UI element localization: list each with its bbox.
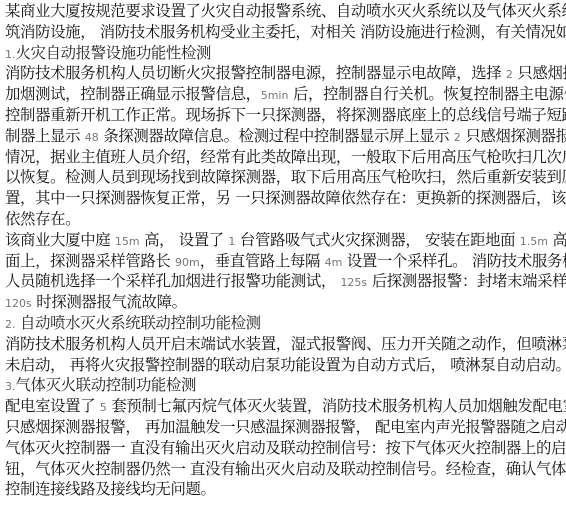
number-value: 15m: [115, 235, 140, 248]
text: 套预制七氟丙烷气体灭火装置，消防技术服务机构人员加烟触发配电室内一: [107, 397, 566, 415]
section-number: 3.: [5, 380, 16, 393]
text: 台管路吸气式火灾探测器， 安装在距地面: [235, 231, 519, 249]
text: 控制器重新开机工作正常。现场拆下一只探测器，将探测器底座上的总线信号端子短路，控: [5, 106, 566, 124]
number-value: 48: [85, 131, 99, 144]
text: 该商业大厦中庭: [5, 231, 115, 249]
paragraph-line: 消防技术服务机构人员开启末端试水装置，湿式报警阀、压力开关随之动作，但喷淋泵一 …: [5, 334, 566, 355]
paragraph-line: 以恢复。检测人员到现场找到故障探测器，取下后用高压气枪吹扫，然后重新安装到原来位: [5, 167, 566, 188]
text: 只感烟探测器报警， 再加温触发一只感温探测器报警， 配电室内声光报警器随之启动，…: [5, 418, 566, 436]
paragraph-line: 筑消防设施， 消防技术服务机构受业主委托，对相关 消防设施进行检测，有关情况如下…: [5, 22, 566, 43]
text: 未启动， 再将火灾报警控制器的联动启泵功能设置为自动方式后， 喷淋泵自动启动。: [5, 356, 566, 374]
text: 置，其中一只探测器恢复正常，另 一只探测器故障依然存在：更换新的探测器后，该故障: [5, 189, 566, 207]
document-body: 某商业大厦按规范要求设置了火灾自动报警系统、自动喷水灭火系统以及气体灭火系统等建…: [0, 0, 566, 500]
text: 筑消防设施， 消防技术服务机构受业主委托，对相关 消防设施进行检测，有关情况如下…: [5, 23, 566, 41]
number-value: 4m: [325, 256, 343, 269]
paragraph-line: 某商业大厦按规范要求设置了火灾自动报警系统、自动喷水灭火系统以及气体灭火系统等建: [5, 1, 566, 22]
paragraph-line: 配电室设置了 5 套预制七氟丙烷气体灭火装置，消防技术服务机构人员加烟触发配电室…: [5, 396, 566, 417]
paragraph-line: 制器上显示 48 条探测器故障信息。检测过程中控制器显示屏上显示 2 只感烟探测…: [5, 126, 566, 147]
text: 消防技术服务机构人员切断火灾报警控制器电源，控制器显示电故障，选择: [5, 64, 506, 82]
text: ，垂直管路上每隔: [200, 252, 325, 270]
paragraph-line: 人员随机选择一个采样孔加烟进行报警功能测试， 125s 后探测器报警：封堵末端采…: [5, 271, 566, 292]
section-title: 自动喷水灭火系统联动控制功能检测: [16, 314, 261, 332]
text: 人员随机选择一个采样孔加烟进行报警功能测试，: [5, 272, 340, 290]
section-title: 气体灭火联动控制功能检测: [16, 376, 197, 394]
number-value: 1.5m: [520, 235, 548, 248]
section-number: 2.: [5, 318, 16, 331]
text: 情况，据业主值班人员介绍，经常有此类故障出现，一般取下后用高压气枪吹扫几次后就可: [5, 148, 566, 166]
section-heading-2: 2. 自动喷水灭火系统联动控制功能检测: [5, 313, 566, 334]
number-value: 2: [454, 131, 461, 144]
number-value: 90m: [175, 256, 200, 269]
text: 高， 设置了: [140, 231, 229, 249]
paragraph-line: 未启动， 再将火灾报警控制器的联动启泵功能设置为自动方式后， 喷淋泵自动启动。: [5, 355, 566, 376]
section-heading-3: 3.气体灭火联动控制功能检测: [5, 375, 566, 396]
section-number: 1.: [5, 48, 16, 61]
section-heading-1: 1.火灾自动报警设施功能性检测: [5, 43, 566, 64]
text: 面上，探测器采样管路长: [5, 252, 175, 270]
text: 只感烟探测器报故障: [461, 127, 566, 145]
paragraph-line: 120s 时探测器报气流故障。: [5, 292, 566, 313]
paragraph-line: 控制连接线路及接线均无问题。: [5, 479, 566, 500]
text: 后探测器报警：封堵末端采样孔后，: [367, 272, 566, 290]
text: 钮，气体灭火控制器仍然一 直没有输出灭火启动及联动控制信号。经检查，确认气体灭火: [5, 460, 566, 478]
text: 只感烟探测器: [513, 64, 566, 82]
text: 制器上显示: [5, 127, 85, 145]
paragraph-line: 气体灭火控制器一 直没有输出灭火启动及联动控制信号：按下气体灭火控制器上的启动按: [5, 438, 566, 459]
paragraph-line: 情况，据业主值班人员介绍，经常有此类故障出现，一般取下后用高压气枪吹扫几次后就可: [5, 147, 566, 168]
text: 配电室设置了: [5, 397, 100, 415]
text: 加烟测试，控制器正确显示报警信息，: [5, 85, 261, 103]
number-value: 125s: [340, 276, 367, 289]
text: 后，控制器自行关机。恢复控制器主电源供电，: [288, 85, 566, 103]
text: 设置一个采样孔。 消防技术服务机构: [342, 252, 566, 270]
text: 条探测器故障信息。检测过程中控制器显示屏上显示: [99, 127, 454, 145]
paragraph-line: 消防技术服务机构人员切断火灾报警控制器电源，控制器显示电故障，选择 2 只感烟探…: [5, 63, 566, 84]
section-title: 火灾自动报警设施功能性检测: [16, 44, 212, 62]
text: 依然存在。: [5, 210, 80, 228]
paragraph-line: 控制器重新开机工作正常。现场拆下一只探测器，将探测器底座上的总线信号端子短路，控: [5, 105, 566, 126]
text: 消防技术服务机构人员开启末端试水装置，湿式报警阀、压力开关随之动作，但喷淋泵一 …: [5, 335, 566, 353]
paragraph-line: 只感烟探测器报警， 再加温触发一只感温探测器报警， 配电室内声光报警器随之启动，…: [5, 417, 566, 438]
number-value: 2: [506, 68, 513, 81]
text: 以恢复。检测人员到现场找到故障探测器，取下后用高压气枪吹扫，然后重新安装到原来位: [5, 168, 566, 186]
text: 高的墙: [548, 231, 566, 249]
paragraph-line: 依然存在。: [5, 209, 566, 230]
text: 时探测器报气流故障。: [32, 293, 187, 311]
paragraph-line: 钮，气体灭火控制器仍然一 直没有输出灭火启动及联动控制信号。经检查，确认气体灭火: [5, 459, 566, 480]
paragraph-line: 该商业大厦中庭 15m 高， 设置了 1 台管路吸气式火灾探测器， 安装在距地面…: [5, 230, 566, 251]
number-value: 5min: [261, 89, 289, 102]
text: 控制连接线路及接线均无问题。: [5, 480, 216, 498]
paragraph-line: 加烟测试，控制器正确显示报警信息，5min 后，控制器自行关机。恢复控制器主电源…: [5, 84, 566, 105]
text: 气体灭火控制器一 直没有输出灭火启动及联动控制信号：按下气体灭火控制器上的启动按: [5, 439, 566, 457]
number-value: 5: [100, 401, 107, 414]
number-value: 120s: [5, 297, 32, 310]
paragraph-line: 置，其中一只探测器恢复正常，另 一只探测器故障依然存在：更换新的探测器后，该故障: [5, 188, 566, 209]
text: 某商业大厦按规范要求设置了火灾自动报警系统、自动喷水灭火系统以及气体灭火系统等建: [5, 2, 566, 20]
paragraph-line: 面上，探测器采样管路长 90m，垂直管路上每隔 4m 设置一个采样孔。 消防技术…: [5, 251, 566, 272]
